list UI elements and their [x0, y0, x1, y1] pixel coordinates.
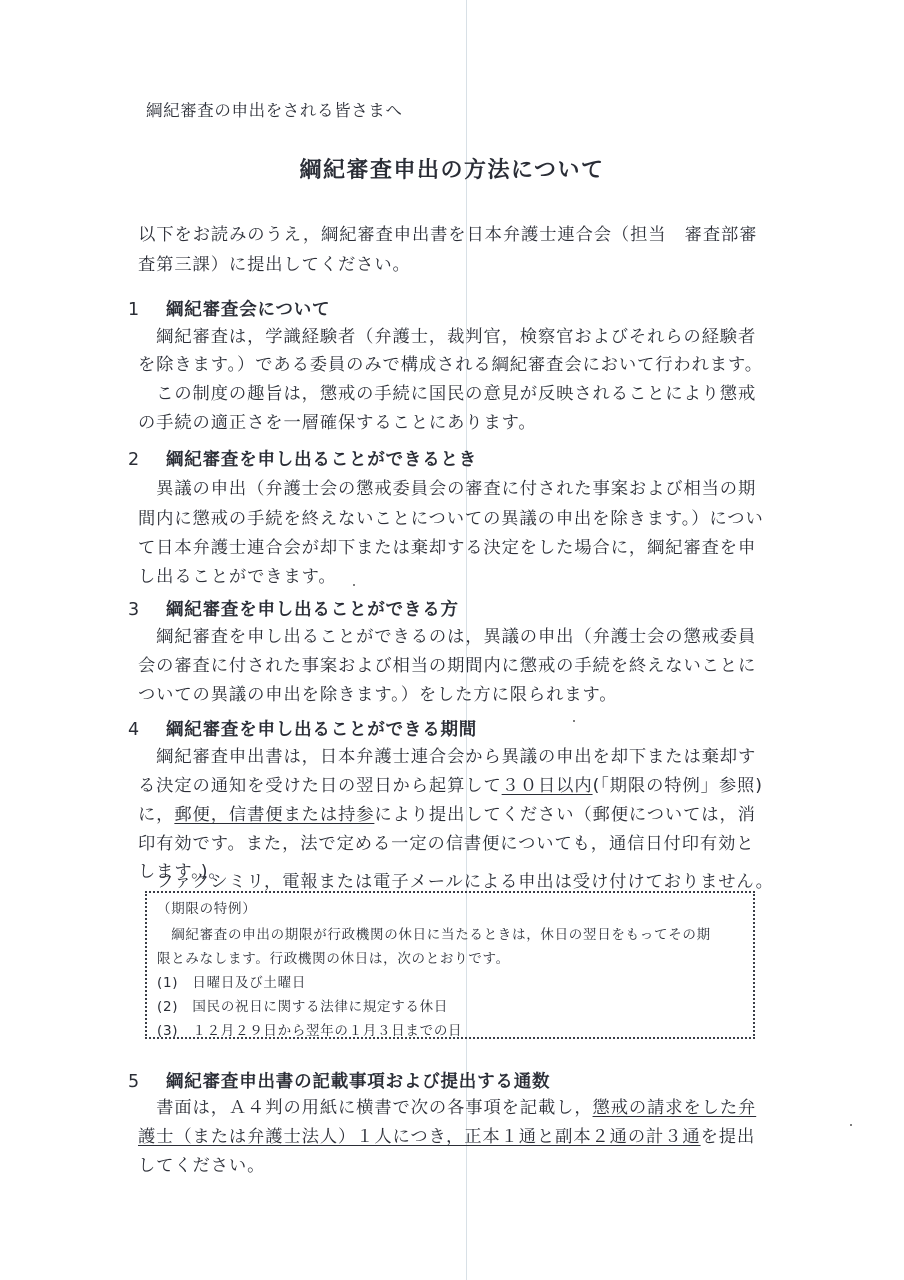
text-segment: を提出: [701, 1127, 756, 1147]
scan-speck: [850, 1124, 852, 1126]
submission-method-emphasis: 郵便，信書便または持参: [174, 805, 374, 825]
addressee-line: 綱紀審査の申出をされる皆さまへ: [146, 96, 904, 126]
section-number: 1: [128, 300, 166, 320]
section-line: この制度の趣旨は，懲戒の手続に国民の意見が反映されることにより懲戒: [138, 379, 756, 404]
section-line: ファクシミリ，電報または電子メールによる申出は受け付けておりません。: [138, 867, 774, 892]
box-label: （期限の特例）: [157, 897, 256, 917]
box-line: 綱紀審査の申出の期限が行政機関の休日に当たるときは，休日の翌日をもってその期: [157, 923, 711, 943]
section-line: 綱紀審査を申し出ることができるのは，異議の申出（弁護士会の懲戒委員: [138, 622, 756, 647]
section-heading: 1綱紀審査会について: [128, 296, 330, 321]
deadline-exception-box: （期限の特例） 綱紀審査の申出の期限が行政機関の休日に当たるときは，休日の翌日を…: [145, 891, 755, 1039]
section-line: 護士（または弁護士法人）１人につき，正本１通と副本２通の計３通を提出: [138, 1122, 755, 1147]
deadline-emphasis: ３０日以内: [502, 776, 593, 796]
section-title: 綱紀審査を申し出ることができるとき: [166, 450, 477, 470]
holiday-item: (3) １２月２９日から翌年の１月３日までの日: [157, 1019, 462, 1039]
section-line: の手続の適正さを一層確保することにあります。: [138, 408, 537, 433]
section-title: 綱紀審査を申し出ることができる方: [166, 600, 459, 620]
section-heading: 4綱紀審査を申し出ることができる期間: [128, 716, 477, 741]
holiday-item: (1) 日曜日及び土曜日: [157, 971, 306, 991]
section-number: 2: [128, 450, 166, 470]
copies-requirement-emphasis: 護士（または弁護士法人）１人につき，正本１通と副本２通の計３通: [138, 1127, 701, 1147]
box-line: 限とみなします。行政機関の休日は，次のとおりです。: [157, 947, 510, 967]
section-number: 4: [128, 720, 166, 740]
section-line: 印有効です。また，法で定める一定の信書便についても，通信日付印有効と: [138, 829, 754, 854]
section-line: を除きます。）である委員のみで構成される綱紀審査会において行われます。: [138, 350, 763, 375]
page-title: 綱紀審査申出の方法について: [0, 156, 904, 186]
section-line: ついての異議の申出を除きます。）をした方に限られます。: [138, 680, 617, 705]
text-segment: (「期限の特例」参照): [593, 776, 763, 796]
copies-requirement-emphasis: 懲戒の請求をした弁: [593, 1098, 757, 1118]
section-line: 間内に懲戒の手続を終えないことについての異議の申出を除きます。）につい: [138, 504, 764, 529]
text-segment: により提出してください（郵便については，消: [374, 805, 755, 825]
text-segment: 書面は，Ａ４判の用紙に横書で次の各事項を記載し，: [138, 1098, 593, 1118]
section-line: 書面は，Ａ４判の用紙に横書で次の各事項を記載し，懲戒の請求をした弁: [138, 1093, 756, 1118]
scan-speck: [573, 720, 575, 722]
section-heading: 2綱紀審査を申し出ることができるとき: [128, 446, 477, 471]
section-heading: 5綱紀審査申出書の記載事項および提出する通数: [128, 1068, 550, 1093]
section-heading: 3綱紀審査を申し出ることができる方: [128, 596, 459, 621]
section-line: 会の審査に付された事案および相当の期間内に懲戒の手続を終えないことに: [138, 651, 756, 676]
section-number: 3: [128, 600, 166, 620]
intro-line: 以下をお読みのうえ，綱紀審査申出書を日本弁護士連合会（担当 審査部審: [120, 220, 757, 245]
section-line: してください。: [138, 1151, 265, 1176]
section-line: し出ることができます。: [138, 562, 337, 587]
section-line: て日本弁護士連合会が却下または棄却する決定をした場合に，綱紀審査を申: [138, 533, 756, 558]
section-title: 綱紀審査会について: [166, 300, 330, 320]
intro-line: 査第三課）に提出してください。: [138, 250, 411, 275]
holiday-item: (2) 国民の祝日に関する法律に規定する休日: [157, 995, 448, 1015]
text-segment: る決定の通知を受けた日の翌日から起算して: [138, 776, 502, 796]
section-line: に，郵便，信書便または持参により提出してください（郵便については，消: [138, 800, 756, 825]
section-title: 綱紀審査申出書の記載事項および提出する通数: [166, 1072, 550, 1092]
section-line: 異議の申出（弁護士会の懲戒委員会の審査に付された事案および相当の期: [138, 474, 756, 499]
section-number: 5: [128, 1072, 166, 1092]
section-title: 綱紀審査を申し出ることができる期間: [166, 720, 477, 740]
section-line: 綱紀審査は，学識経験者（弁護士，裁判官，検察官およびそれらの経験者: [138, 322, 756, 347]
section-line: る決定の通知を受けた日の翌日から起算して３０日以内(「期限の特例」参照): [138, 771, 763, 796]
text-segment: に，: [138, 805, 174, 825]
section-line: 綱紀審査申出書は，日本弁護士連合会から異議の申出を却下または棄却す: [138, 742, 756, 767]
scan-speck: [353, 584, 355, 586]
